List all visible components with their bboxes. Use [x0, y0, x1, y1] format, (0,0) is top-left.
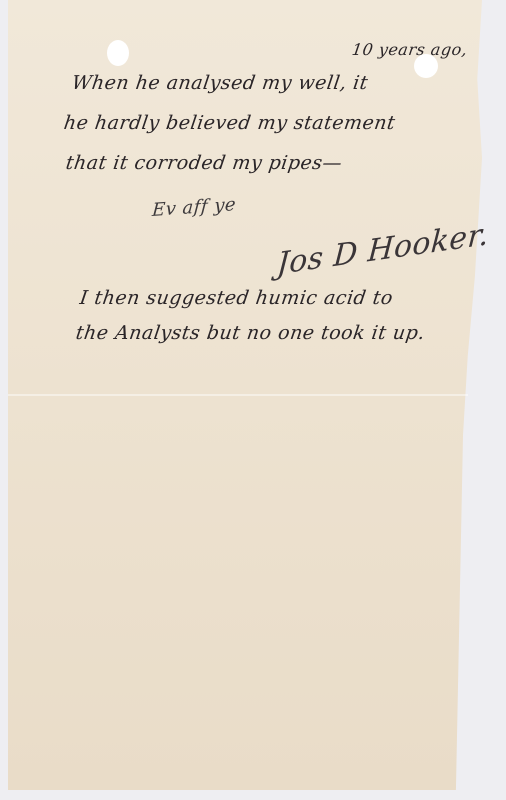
paper-fold-line	[8, 394, 468, 396]
postscript-line-2: the Analysts but no one took it up.	[74, 322, 426, 344]
postscript-line-1: I then suggested humic acid to	[78, 287, 394, 309]
handwritten-line-2: When he analysed my well, it	[70, 72, 369, 94]
handwritten-line-1: 10 years ago,	[351, 40, 469, 59]
punch-hole-left	[107, 40, 129, 66]
handwritten-line-3: he hardly believed my statement	[62, 112, 396, 134]
handwritten-line-4: that it corroded my pipes—	[64, 152, 343, 174]
